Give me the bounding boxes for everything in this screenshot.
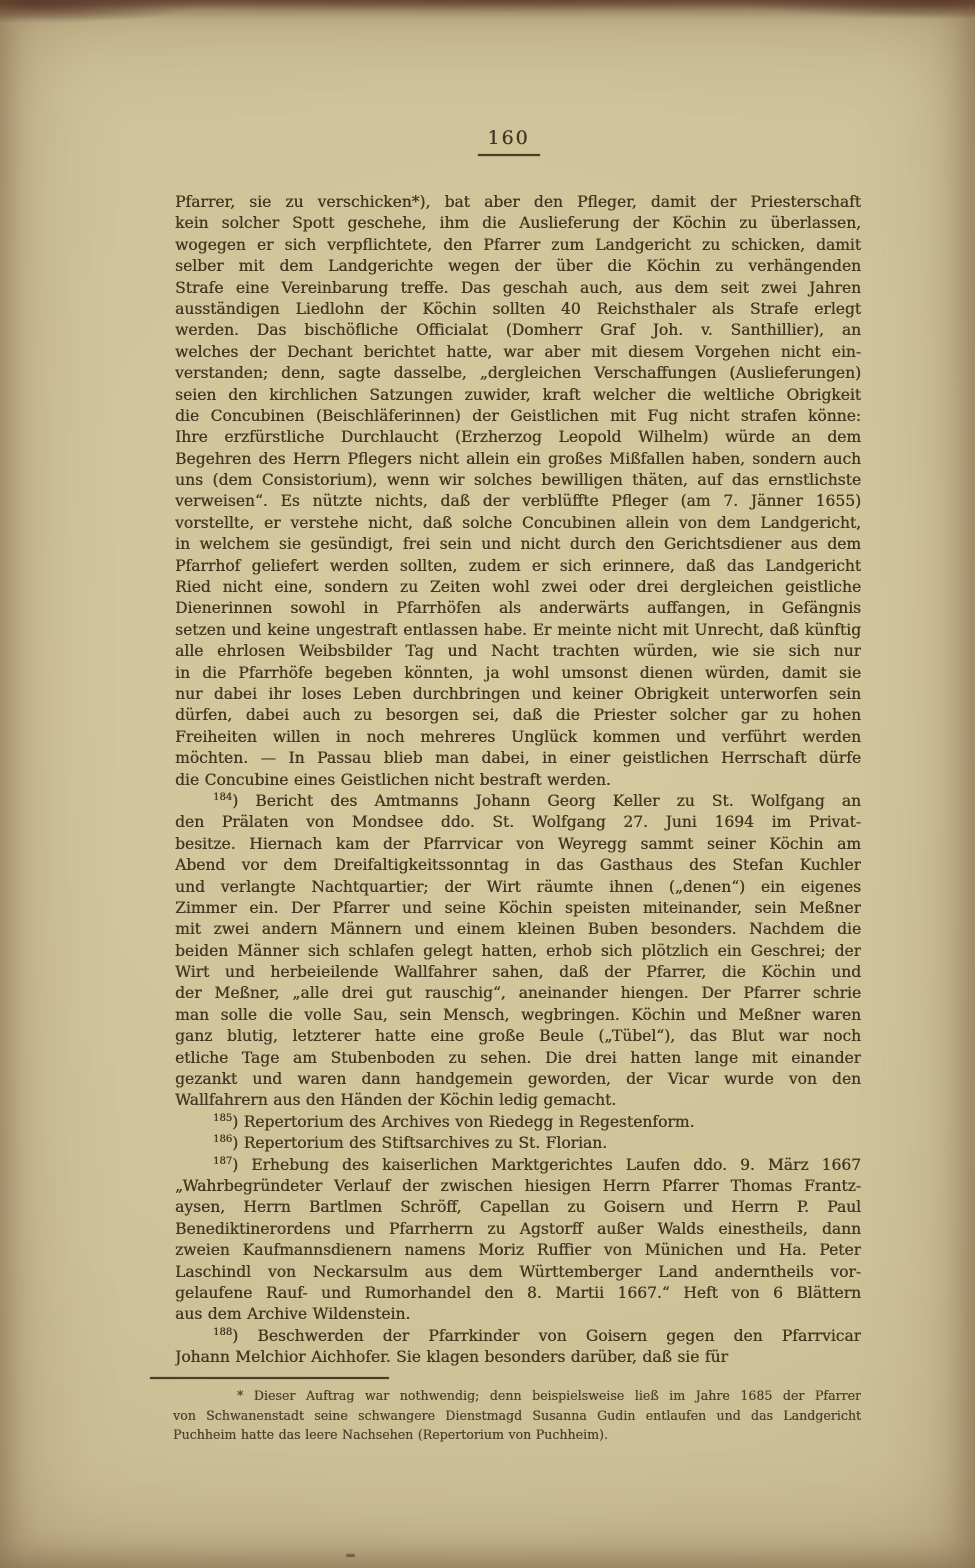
text-line: zweien Kaufmannsdienern namens Moriz Ruf…: [175, 1240, 861, 1261]
text-line: Abend vor dem Dreifaltigkeitssonntag in …: [175, 855, 861, 876]
footnote-marker: 187: [213, 1156, 232, 1167]
text-line: beiden Männer sich schlafen gelegt hatte…: [175, 941, 861, 962]
text-line: Pfarrer, sie zu verschicken*), bat aber …: [175, 192, 861, 213]
text-line: nur dabei ihr loses Leben durchbringen u…: [175, 684, 861, 705]
page-header: 160: [0, 127, 975, 156]
scan-artifact: [346, 1554, 355, 1557]
text-line: von Schwanenstadt seine schwangere Diens…: [173, 1406, 861, 1426]
text-line: den Prälaten von Mondsee ddo. St. Wolfga…: [175, 812, 861, 833]
text-line: Johann Melchior Aichhofer. Sie klagen be…: [175, 1347, 861, 1368]
text-line: aysen, Herrn Bartlmen Schröff, Capellan …: [175, 1197, 861, 1218]
footnote-marker: 185: [213, 1113, 232, 1124]
text-line: Zimmer ein. Der Pfarrer und seine Köchin…: [175, 898, 861, 919]
text-line: „Wahrbegründeter Verlauf der zwischen hi…: [175, 1176, 861, 1197]
text-line: der Meßner, „alle drei gut rauschig“, an…: [175, 983, 861, 1004]
text-line: gelaufene Rauf- und Rumorhandel den 8. M…: [175, 1283, 861, 1304]
text-line: möchten. — In Passau blieb man dabei, in…: [175, 748, 861, 769]
text-line: ausständigen Liedlohn der Köchin sollten…: [175, 299, 861, 320]
text-line: Begehren des Herrn Pflegers nicht allein…: [175, 449, 861, 470]
text-line: selber mit dem Landgerichte wegen der üb…: [175, 256, 861, 277]
text-line: etliche Tage am Stubenboden zu sehen. Di…: [175, 1048, 861, 1069]
text-line: 184) Bericht des Amtmanns Johann Georg K…: [175, 791, 861, 812]
text-line: Freiheiten willen in noch mehreres Unglü…: [175, 727, 861, 748]
text-line: 187) Erhebung des kaiserlichen Marktgeri…: [175, 1155, 861, 1176]
footnote-marker: 184: [213, 792, 232, 803]
text-line: Ried nicht eine, sondern zu Zeiten wohl …: [175, 577, 861, 598]
text-line: uns (dem Consistorium), wenn wir solches…: [175, 470, 861, 491]
text-line: seien den kirchlichen Satzungen zuwider,…: [175, 385, 861, 406]
text-line: die Concubine eines Geistlichen nicht be…: [175, 770, 861, 791]
page-number-rule: [478, 154, 540, 156]
text-line: Benediktinerordens und Pfarrherrn zu Ags…: [175, 1219, 861, 1240]
text-line: Strafe eine Vereinbarung treffe. Das ges…: [175, 278, 861, 299]
text-line: vorstellte, er verstehe nicht, daß solch…: [175, 513, 861, 534]
text-line: kein solcher Spott geschehe, ihm die Aus…: [175, 213, 861, 234]
footnote-marker: 186: [213, 1134, 232, 1145]
text-line: dürfen, dabei auch zu besorgen sei, daß …: [175, 705, 861, 726]
text-line: werden. Das bischöfliche Officialat (Dom…: [175, 320, 861, 341]
text-line: und verlangte Nachtquartier; der Wirt rä…: [175, 877, 861, 898]
text-line: in die Pfarrhöfe begeben könnten, ja woh…: [175, 663, 861, 684]
text-line: Dienerinnen sowohl in Pfarrhöfen als and…: [175, 598, 861, 619]
body-text: Pfarrer, sie zu verschicken*), bat aber …: [175, 192, 861, 1368]
footnote-separator: [150, 1377, 389, 1379]
text-line: setzen und keine ungestraft entlassen ha…: [175, 620, 861, 641]
text-line: * Dieser Auftrag war nothwendig; denn be…: [173, 1386, 861, 1406]
text-line: die Concubinen (Beischläferinnen) der Ge…: [175, 406, 861, 427]
text-line: Wirt und herbeieilende Wallfahrer sahen,…: [175, 962, 861, 983]
text-line: verstanden; denn, sagte dasselbe, „dergl…: [175, 363, 861, 384]
footnote-text: * Dieser Auftrag war nothwendig; denn be…: [173, 1386, 861, 1445]
text-line: Puchheim hatte das leere Nachsehen (Repe…: [173, 1425, 861, 1445]
text-line: man solle die volle Sau, sein Mensch, we…: [175, 1005, 861, 1026]
text-line: Laschindl von Neckarsulm aus dem Württem…: [175, 1262, 861, 1283]
text-line: verweisen“. Es nützte nichts, daß der ve…: [175, 491, 861, 512]
book-page-scan: 160 Pfarrer, sie zu verschicken*), bat a…: [0, 0, 975, 1568]
text-line: 186) Repertorium des Stiftsarchives zu S…: [175, 1133, 861, 1154]
text-line: alle ehrlosen Weibsbilder Tag und Nacht …: [175, 641, 861, 662]
text-line: 188) Beschwerden der Pfarrkinder von Goi…: [175, 1326, 861, 1347]
text-line: gezankt und waren dann handgemein geword…: [175, 1069, 861, 1090]
text-line: mit zwei andern Männern und einem kleine…: [175, 919, 861, 940]
footnote-marker: 188: [213, 1327, 232, 1338]
text-line: Ihre erzfürstliche Durchlaucht (Erzherzo…: [175, 427, 861, 448]
text-line: Pfarrhof geliefert werden sollten, zudem…: [175, 556, 861, 577]
scan-edge-top: [0, 0, 975, 46]
text-line: wogegen er sich verpflichtete, den Pfarr…: [175, 235, 861, 256]
page-number: 160: [487, 127, 529, 149]
text-line: Wallfahrern aus den Händen der Köchin le…: [175, 1090, 861, 1111]
text-line: besitze. Hiernach kam der Pfarrvicar von…: [175, 834, 861, 855]
text-line: aus dem Archive Wildenstein.: [175, 1304, 861, 1325]
text-line: 185) Repertorium des Archives von Riedeg…: [175, 1112, 861, 1133]
text-line: in welchem sie gesündigt, frei sein und …: [175, 534, 861, 555]
text-line: welches der Dechant berichtet hatte, war…: [175, 342, 861, 363]
text-line: ganz blutig, letzterer hatte eine große …: [175, 1026, 861, 1047]
